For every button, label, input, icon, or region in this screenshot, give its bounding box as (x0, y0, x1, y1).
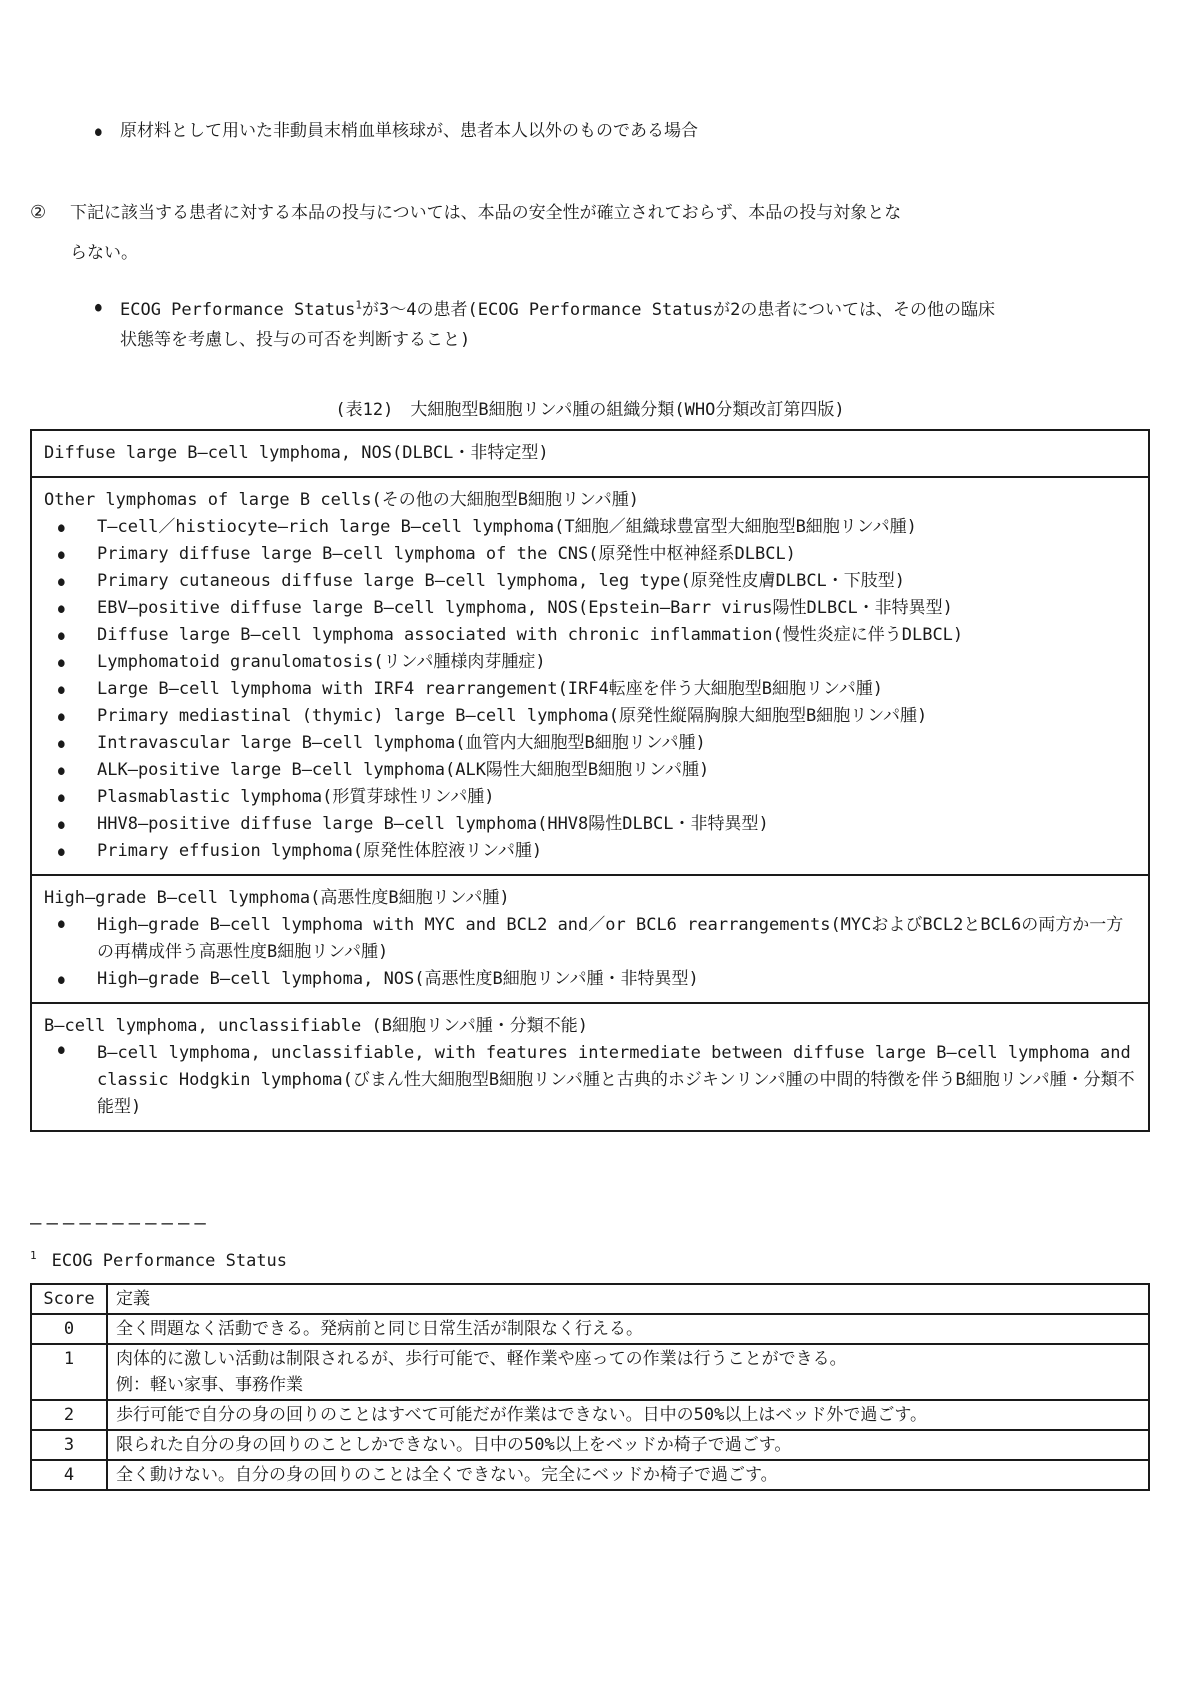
lymphoma-item-text: T—cell／histiocyte—rich large B—cell lymp… (97, 514, 1136, 541)
definition-line: 例：軽い家事、事務作業 (116, 1372, 1140, 1398)
lymphoma-item-text: Plasmablastic lymphoma(形質芽球性リンパ腫) (97, 784, 1136, 811)
definition-cell: 全く問題なく活動できる。発病前と同じ日常生活が制限なく行える。 (107, 1314, 1149, 1344)
section-dlbcl-nos: Diffuse large B—cell lymphoma, NOS(DLBCL… (31, 430, 1149, 477)
definition-cell: 歩行可能で自分の身の回りのことはすべて可能だが作業はできない。日中の50%以上は… (107, 1400, 1149, 1430)
document-page: ● 原材料として用いた非動員末梢血単核球が、患者本人以外のものである場合 ② 下… (0, 0, 1181, 1695)
lymphoma-item: ●Primary cutaneous diffuse large B—cell … (44, 568, 1136, 595)
score-cell: 4 (31, 1460, 107, 1490)
lymphoma-item-text: Diffuse large B—cell lymphoma associated… (97, 622, 1136, 649)
bullet-icon: ● (44, 1034, 97, 1127)
lymphoma-item: ●Large B—cell lymphoma with IRF4 rearran… (44, 676, 1136, 703)
lymphoma-item-text: B—cell lymphoma, unclassifiable, with fe… (97, 1040, 1136, 1121)
table-row: 1 肉体的に激しい活動は制限されるが、歩行可能で、軽作業や座っての作業は行うこと… (31, 1344, 1149, 1400)
lymphoma-item: ●Primary effusion lymphoma(原発性体腔液リンパ腫) (44, 838, 1136, 865)
lymphoma-item: ●B—cell lymphoma, unclassifiable, with f… (44, 1040, 1136, 1121)
section-high-grade: High—grade B—cell lymphoma(高悪性度B細胞リンパ腫) … (31, 875, 1149, 1003)
text-line: らない。 (70, 243, 138, 263)
lymphoma-item: ●Lymphomatoid granulomatosis(リンパ腫様肉芽腫症) (44, 649, 1136, 676)
lymphoma-item-text: Large B—cell lymphoma with IRF4 rearrang… (97, 676, 1136, 703)
score-cell: 0 (31, 1314, 107, 1344)
lymphoma-item-text: Lymphomatoid granulomatosis(リンパ腫様肉芽腫症) (97, 649, 1136, 676)
lymphoma-item-text: Primary cutaneous diffuse large B—cell l… (97, 568, 1136, 595)
table-section-row: High—grade B—cell lymphoma(高悪性度B細胞リンパ腫) … (31, 875, 1149, 1003)
bullet-icon: ● (44, 836, 97, 867)
lymphoma-item: ●Diffuse large B—cell lymphoma associate… (44, 622, 1136, 649)
lymphoma-item-text: High—grade B—cell lymphoma, NOS(高悪性度B細胞リ… (97, 966, 1136, 993)
table-row: 4 全く動けない。自分の身の回りのことは全くできない。完全にベッドか椅子で過ごす… (31, 1460, 1149, 1490)
lymphoma-item-text: Primary effusion lymphoma(原発性体腔液リンパ腫) (97, 838, 1136, 865)
lymphoma-item: ●High—grade B—cell lymphoma with MYC and… (44, 912, 1136, 966)
definition-cell: 全く動けない。自分の身の回りのことは全くできない。完全にベッドか椅子で過ごす。 (107, 1460, 1149, 1490)
lymphoma-item-text: EBV—positive diffuse large B—cell lympho… (97, 595, 1136, 622)
table-header-row: Score 定義 (31, 1284, 1149, 1314)
lymphoma-item-text: ALK—positive large B—cell lymphoma(ALK陽性… (97, 757, 1136, 784)
lymphoma-item-text: Primary diffuse large B—cell lymphoma of… (97, 541, 1136, 568)
bullet-icon: ● (44, 964, 97, 995)
table-section-row: Diffuse large B—cell lymphoma, NOS(DLBCL… (31, 430, 1149, 477)
bullet-item-ecog-status: ● ECOG Performance Status1が3〜4の患者(ECOG P… (95, 295, 1150, 355)
lymphoma-item-text: Intravascular large B—cell lymphoma(血管内大… (97, 730, 1136, 757)
numbered-item-2: ② 下記に該当する患者に対する本品の投与については、本品の安全性が確立されておら… (30, 193, 1150, 273)
section-unclassifiable: B—cell lymphoma, unclassifiable (B細胞リンパ腫… (31, 1003, 1149, 1131)
text-line: 下記に該当する患者に対する本品の投与については、本品の安全性が確立されておらず、… (70, 203, 901, 223)
lymphoma-item-text: HHV8—positive diffuse large B—cell lymph… (97, 811, 1136, 838)
score-cell: 3 (31, 1430, 107, 1460)
footnote-marker: 1 (30, 1249, 37, 1262)
lymphoma-item: ●Intravascular large B—cell lymphoma(血管内… (44, 730, 1136, 757)
lymphoma-item: ●Primary diffuse large B—cell lymphoma o… (44, 541, 1136, 568)
column-header-score: Score (31, 1284, 107, 1314)
bullet-icon: ● (44, 908, 97, 970)
lymphoma-item: ●Plasmablastic lymphoma(形質芽球性リンパ腫) (44, 784, 1136, 811)
score-cell: 2 (31, 1400, 107, 1430)
table-caption: (表12) 大細胞型B細胞リンパ腫の組織分類(WHO分類改訂第四版) (30, 397, 1150, 424)
bullet-item-text: ECOG Performance Status1が3〜4の患者(ECOG Per… (120, 295, 995, 355)
score-cell: 1 (31, 1344, 107, 1400)
lymphoma-item-text: High—grade B—cell lymphoma with MYC and … (97, 912, 1136, 966)
footnote-divider: ——————————— (30, 1212, 1150, 1234)
table-row: 2 歩行可能で自分の身の回りのことはすべて可能だが作業はできない。日中の50%以… (31, 1400, 1149, 1430)
circled-number-icon: ② (30, 193, 70, 273)
lymphoma-item: ●HHV8—positive diffuse large B—cell lymp… (44, 811, 1136, 838)
table-section-row: B—cell lymphoma, unclassifiable (B細胞リンパ腫… (31, 1003, 1149, 1131)
text-segment: が3〜4の患者(ECOG Performance Statusが2の患者について… (362, 300, 995, 320)
bullet-item-text: 原材料として用いた非動員末梢血単核球が、患者本人以外のものである場合 (120, 118, 698, 145)
column-header-definition: 定義 (107, 1284, 1149, 1314)
footnote: 1ECOG Performance Status (30, 1248, 1150, 1275)
text-segment: ECOG Performance Status (120, 300, 355, 320)
table-row: 0 全く問題なく活動できる。発病前と同じ日常生活が制限なく行える。 (31, 1314, 1149, 1344)
text-line: 状態等を考慮し、投与の可否を判断すること) (120, 330, 470, 350)
section-other-lymphomas: Other lymphomas of large B cells(その他の大細胞… (31, 477, 1149, 875)
table-row: 3 限られた自分の身の回りのことしかできない。日中の50%以上をベッドか椅子で過… (31, 1430, 1149, 1460)
section-header: Diffuse large B—cell lymphoma, NOS(DLBCL… (44, 440, 1136, 467)
section-header: High—grade B—cell lymphoma(高悪性度B細胞リンパ腫) (44, 885, 1136, 912)
ecog-performance-status-table: Score 定義 0 全く問題なく活動できる。発病前と同じ日常生活が制限なく行え… (30, 1283, 1150, 1491)
lymphoma-item: ●EBV—positive diffuse large B—cell lymph… (44, 595, 1136, 622)
definition-line: 肉体的に激しい活動は制限されるが、歩行可能で、軽作業や座っての作業は行うことがで… (116, 1346, 1140, 1372)
section-header: Other lymphomas of large B cells(その他の大細胞… (44, 487, 1136, 514)
footnote-label: ECOG Performance Status (52, 1251, 287, 1271)
lymphoma-item: ●ALK—positive large B—cell lymphoma(ALK陽… (44, 757, 1136, 784)
section-header: B—cell lymphoma, unclassifiable (B細胞リンパ腫… (44, 1013, 1136, 1040)
bullet-icon: ● (95, 116, 120, 147)
definition-cell: 肉体的に激しい活動は制限されるが、歩行可能で、軽作業や座っての作業は行うことがで… (107, 1344, 1149, 1400)
table-section-row: Other lymphomas of large B cells(その他の大細胞… (31, 477, 1149, 875)
lymphoma-item: ●High—grade B—cell lymphoma, NOS(高悪性度B細胞… (44, 966, 1136, 993)
definition-cell: 限られた自分の身の回りのことしかできない。日中の50%以上をベッドか椅子で過ごす… (107, 1430, 1149, 1460)
numbered-item-text: 下記に該当する患者に対する本品の投与については、本品の安全性が確立されておらず、… (70, 193, 901, 273)
bullet-icon: ● (95, 291, 120, 360)
lymphoma-item-text: Primary mediastinal (thymic) large B—cel… (97, 703, 1136, 730)
lymphoma-item: ●Primary mediastinal (thymic) large B—ce… (44, 703, 1136, 730)
bullet-item-source-material: ● 原材料として用いた非動員末梢血単核球が、患者本人以外のものである場合 (95, 118, 1150, 145)
who-classification-table: Diffuse large B—cell lymphoma, NOS(DLBCL… (30, 429, 1150, 1132)
lymphoma-item: ●T—cell／histiocyte—rich large B—cell lym… (44, 514, 1136, 541)
